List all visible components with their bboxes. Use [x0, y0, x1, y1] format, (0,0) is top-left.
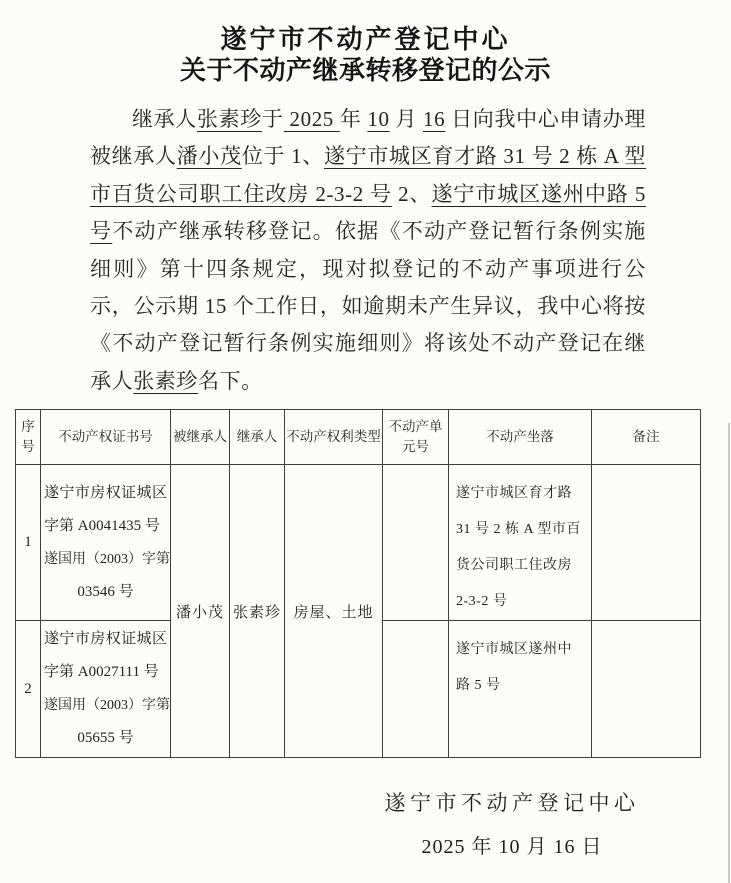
cell-right-type: 房屋、土地: [285, 465, 383, 758]
plain-text: 月: [390, 107, 423, 131]
cell-line: 字第 A0041435 号: [44, 510, 167, 543]
col-header-heir: 继承人: [230, 410, 285, 465]
col-header-decedent: 被继承人: [171, 410, 230, 465]
underlined-text: 10: [367, 107, 389, 131]
registration-table: 序号 不动产权证书号 被继承人 继承人 不动产权利类型 不动产单元号 不动产坐落…: [15, 409, 701, 758]
notice-title-line2: 关于不动产继承转移登记的公示: [0, 55, 731, 86]
col-header-location: 不动产坐落: [449, 410, 592, 465]
cell-line: 05655 号: [44, 722, 167, 755]
underlined-text: 潘小茂: [177, 144, 242, 168]
cell-cert-no-1: 遂宁市房权证城区字第 A0041435 号遂国用（2003）字第03546 号: [41, 465, 171, 621]
col-header-seq: 序号: [16, 410, 41, 465]
issuer-name: 遂宁市不动产登记中心: [377, 787, 647, 817]
cell-line: 字第 A0027111 号: [44, 656, 167, 689]
cert-no-text-1: 遂宁市房权证城区字第 A0041435 号遂国用（2003）字第03546 号: [44, 477, 167, 609]
cell-line: 遂国用（2003）字第: [44, 689, 167, 722]
cell-location-1: 遂宁市城区育才路31 号 2 栋 A 型市百货公司职工住改房2-3-2 号: [449, 465, 592, 621]
notice-title: 遂宁市不动产登记中心 关于不动产继承转移登记的公示: [0, 0, 731, 86]
cell-line: 2-3-2 号: [456, 584, 589, 620]
cell-line: 路 5 号: [456, 668, 589, 704]
plain-text: 年: [340, 107, 368, 131]
plain-text: 于: [262, 107, 284, 131]
signature-block: 遂宁市不动产登记中心 2025 年 10 月 16 日: [377, 787, 647, 859]
plain-text: 位于 1、: [242, 144, 324, 168]
cell-remark-1: [592, 465, 701, 621]
cell-line: 31 号 2 栋 A 型市百: [456, 512, 589, 548]
plain-text: 名下。: [198, 369, 263, 393]
underlined-text: 2025: [284, 107, 340, 131]
cell-unit-no-2: [383, 621, 449, 758]
cell-line: 遂宁市城区育才路: [456, 476, 589, 512]
issue-date: 2025 年 10 月 16 日: [377, 830, 647, 859]
col-header-remark: 备注: [592, 410, 701, 465]
scanned-notice-page: 遂宁市不动产登记中心 关于不动产继承转移登记的公示 继承人张素珍于 2025 年…: [0, 0, 731, 883]
cell-unit-no-1: [383, 465, 449, 621]
cert-no-text-2: 遂宁市房权证城区字第 A0027111 号遂国用（2003）字第05655 号: [44, 623, 167, 755]
cell-decedent: 潘小茂: [171, 465, 230, 758]
plain-text: 2、: [392, 182, 432, 206]
col-header-unit-no: 不动产单元号: [383, 410, 449, 465]
cell-remark-2: [592, 621, 701, 758]
plain-text: 继承人: [132, 107, 197, 131]
cell-heir: 张素珍: [230, 465, 285, 758]
location-text-2: 遂宁市城区遂州中路 5 号: [456, 632, 589, 704]
cell-line: 03546 号: [44, 576, 167, 609]
col-header-right-type: 不动产权利类型: [285, 410, 383, 465]
table-row-1: 1 遂宁市房权证城区字第 A0041435 号遂国用（2003）字第03546 …: [16, 465, 701, 621]
table-header-row: 序号 不动产权证书号 被继承人 继承人 不动产权利类型 不动产单元号 不动产坐落…: [16, 410, 701, 465]
underlined-text: 16: [423, 107, 445, 131]
underlined-text: 张素珍: [133, 369, 198, 393]
cell-cert-no-2: 遂宁市房权证城区字第 A0027111 号遂国用（2003）字第05655 号: [41, 621, 171, 758]
cell-line: 遂宁市房权证城区: [44, 477, 167, 510]
cell-line: 遂国用（2003）字第: [44, 543, 167, 576]
cell-line: 货公司职工住改房: [456, 548, 589, 584]
cell-seq-1: 1: [16, 465, 41, 621]
cell-seq-2: 2: [16, 621, 41, 758]
cell-line: 遂宁市城区遂州中: [456, 632, 589, 668]
notice-title-line1: 遂宁市不动产登记中心: [0, 24, 731, 55]
col-header-cert-no: 不动产权证书号: [41, 410, 171, 465]
plain-text: 不动产继承转移登记。依据《不动产登记暂行条例实施细则》第十四条规定，现对拟登记的…: [90, 219, 646, 393]
cell-line: 遂宁市房权证城区: [44, 623, 167, 656]
scan-edge-artifact: [728, 423, 730, 883]
location-text-1: 遂宁市城区育才路31 号 2 栋 A 型市百货公司职工住改房2-3-2 号: [456, 476, 589, 620]
underlined-text: 张素珍: [197, 107, 262, 131]
notice-body-paragraph: 继承人张素珍于 2025 年 10 月 16 日向我中心申请办理被继承人潘小茂位…: [90, 101, 646, 400]
cell-location-2: 遂宁市城区遂州中路 5 号: [449, 621, 592, 758]
